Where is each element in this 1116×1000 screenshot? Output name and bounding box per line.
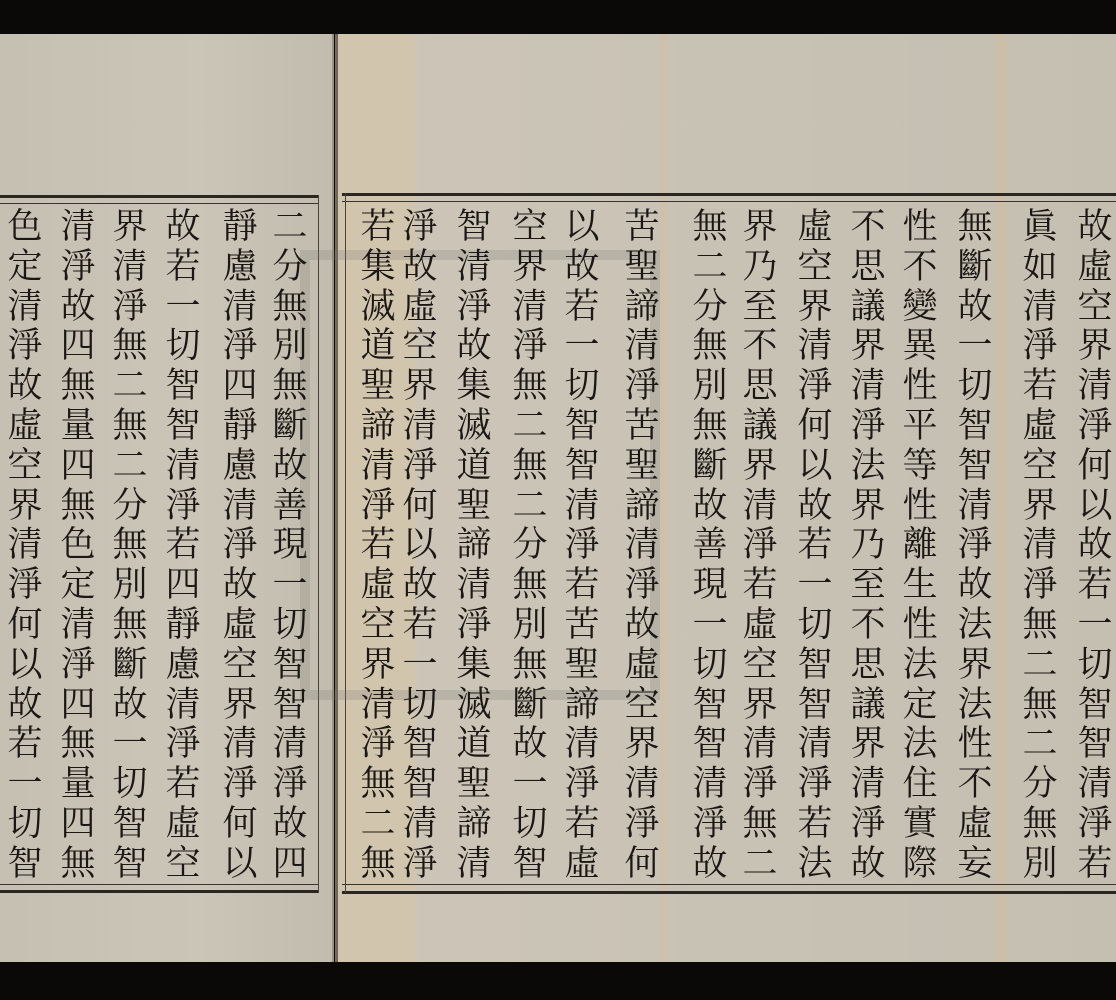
text-column: 苦聖諦清淨苦聖諦清淨故虛空界清淨何: [619, 208, 665, 885]
text-column: 虛空界清淨何以故若一切智智清淨若法: [792, 208, 838, 885]
text-column: 界乃至不思議界清淨若虛空界清淨無二: [737, 208, 783, 885]
text-column: 性不變異性平等性離生性法定法住實際: [897, 208, 943, 885]
text-column: 清淨故四無量四無色定清淨四無量四無: [55, 208, 101, 885]
page-fold: [332, 34, 334, 962]
text-column: 智清淨故集滅道聖諦清淨集滅道聖諦清: [451, 208, 497, 885]
text-column: 二分無別無斷故善現一切智智清淨故四: [267, 208, 313, 885]
text-column: 以故若一切智智清淨若苦聖諦清淨若虛: [559, 208, 605, 885]
bottom-border-rule: [342, 891, 1116, 894]
top-border-rule: [0, 203, 318, 204]
top-border-rule: [342, 193, 1116, 196]
text-column: 靜慮清淨四靜慮清淨故虛空界清淨何以: [217, 208, 263, 885]
text-column: 色定清淨故虛空界清淨何以故若一切智: [2, 208, 48, 885]
text-column: 無二分無別無斷故善現一切智智清淨故: [687, 208, 733, 885]
page-fold: [336, 34, 338, 962]
text-column: 故虛空界清淨何以故若一切智智清淨若: [1072, 208, 1116, 885]
text-column: 眞如清淨若虛空界清淨無二無二分無別: [1017, 208, 1063, 885]
text-column: 界清淨無二無二分無別無斷故一切智智: [107, 208, 153, 885]
top-border-rule: [342, 201, 1116, 202]
text-column: 淨故虛空界清淨何以故若一切智智清淨: [397, 208, 443, 885]
text-column: 若集滅道聖諦清淨若虛空界清淨無二無: [355, 208, 401, 885]
text-column: 空界清淨無二無二分無別無斷故一切智: [507, 208, 553, 885]
bottom-border-rule: [0, 890, 318, 893]
text-column: 不思議界清淨法界乃至不思議界清淨故: [845, 208, 891, 885]
side-border-rule: [318, 195, 319, 893]
text-column: 無斷故一切智智清淨故法界法性不虛妄: [952, 208, 998, 885]
text-column: 故若一切智智清淨若四靜慮清淨若虛空: [160, 208, 206, 885]
top-border-rule: [0, 195, 318, 198]
side-border-rule: [345, 193, 346, 893]
